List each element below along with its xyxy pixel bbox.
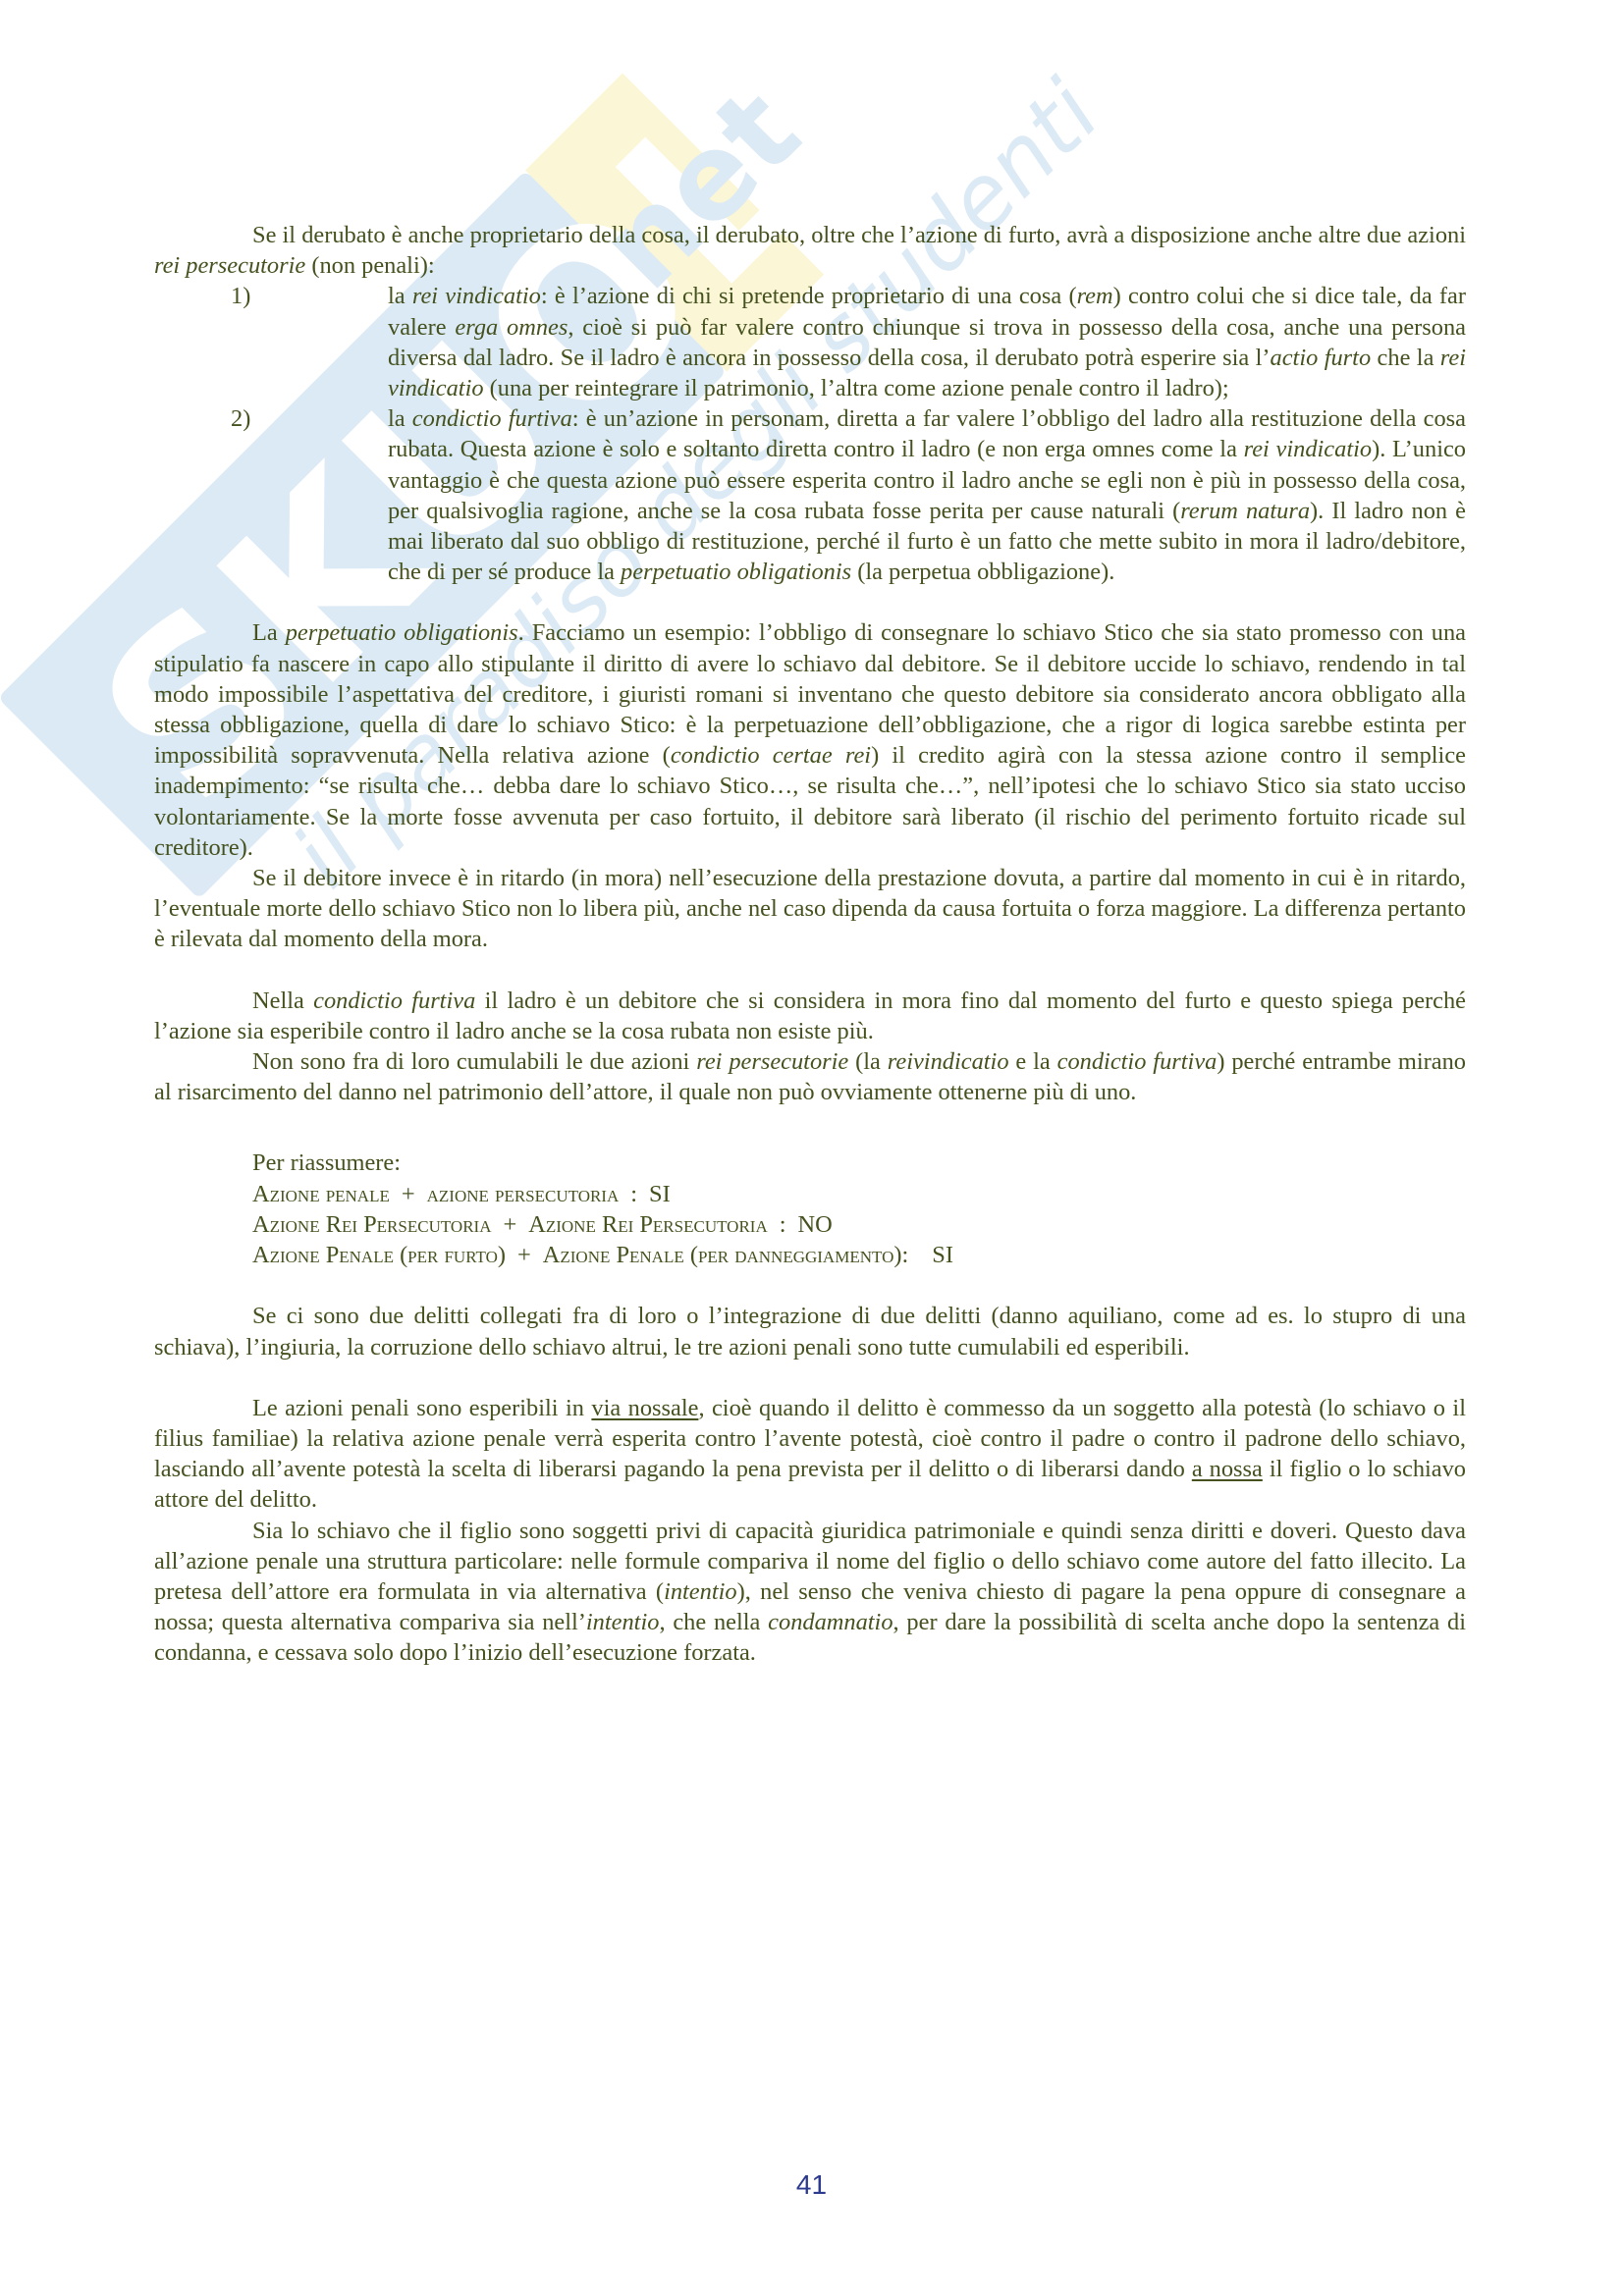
text: , che nella	[659, 1609, 768, 1635]
summary-right: azione persecutoria	[427, 1181, 620, 1207]
summary-right: Azione Rei Persecutoria	[528, 1211, 767, 1238]
italic-term: condictio certae rei	[671, 742, 871, 769]
italic-term: condictio furtiva	[1057, 1048, 1217, 1075]
spacer	[154, 1107, 1466, 1138]
text: Non sono fra di loro cumulabili le due a…	[252, 1048, 696, 1075]
paragraph-perpetuatio: La perpetuatio obligationis. Facciamo un…	[154, 617, 1466, 863]
summary-result: SI	[649, 1181, 671, 1207]
text: Se il derubato è anche proprietario dell…	[252, 222, 1466, 248]
summary-operator: +	[503, 1211, 516, 1238]
summary-result: SI	[932, 1242, 953, 1268]
italic-term: rei vindicatio	[412, 283, 541, 309]
spacer	[154, 955, 1466, 986]
summary-left: Azione Rei Persecutoria	[252, 1211, 491, 1238]
summary-row: Azione Rei Persecutoria+Azione Rei Perse…	[252, 1209, 1466, 1240]
italic-term: condamnatio	[768, 1609, 893, 1635]
italic-term: reivindicatio	[888, 1048, 1009, 1075]
list-item-rei-vindicatio: 1) la rei vindicatio: è l’azione di chi …	[154, 281, 1466, 403]
spacer	[154, 1362, 1466, 1393]
italic-term: rei persecutorie	[154, 252, 305, 279]
summary-operator: +	[517, 1242, 531, 1268]
italic-term: intentio	[586, 1609, 660, 1635]
text: la	[388, 405, 412, 432]
text: Le azioni penali sono esperibili in	[252, 1395, 591, 1421]
list-body: la rei vindicatio: è l’azione di chi si …	[388, 281, 1466, 403]
text: : è l’azione di chi si pretende propriet…	[541, 283, 1077, 309]
italic-term: actio furto	[1271, 345, 1372, 371]
italic-term: rei vindicatio	[1244, 436, 1372, 462]
list-number: 1)	[154, 281, 388, 403]
spacer	[154, 1138, 1466, 1148]
document-page: Se il derubato è anche proprietario dell…	[154, 220, 1466, 1669]
text: (una per reintegrare il patrimonio, l’al…	[484, 375, 1229, 401]
italic-term: rem	[1077, 283, 1113, 309]
list-number: 2)	[154, 403, 388, 587]
spacer	[154, 587, 1466, 617]
text: e la	[1009, 1048, 1057, 1075]
text: (la perpetua obbligazione).	[851, 559, 1114, 585]
text: che la	[1371, 345, 1440, 371]
paragraph-via-nossale: Le azioni penali sono esperibili in via …	[154, 1393, 1466, 1516]
paragraph-cumulabili: Non sono fra di loro cumulabili le due a…	[154, 1046, 1466, 1107]
italic-term: rei persecutorie	[696, 1048, 848, 1075]
summary-left: Azione Penale (per furto)	[252, 1242, 506, 1268]
paragraph-mora: Se il debitore invece è in ritardo (in m…	[154, 863, 1466, 955]
text: Nella	[252, 988, 313, 1014]
paragraph-delitti-collegati: Se ci sono due delitti collegati fra di …	[154, 1301, 1466, 1362]
summary-row: Azione Penale (per furto)+Azione Penale …	[252, 1240, 1466, 1270]
text: (la	[848, 1048, 888, 1075]
summary-result: NO	[798, 1211, 833, 1238]
paragraph-intro: Se il derubato è anche proprietario dell…	[154, 220, 1466, 281]
italic-term: erga omnes	[455, 314, 568, 341]
spacer	[154, 1270, 1466, 1301]
text: La	[252, 619, 286, 646]
paragraph-condictio-mora: Nella condictio furtiva il ladro è un de…	[154, 986, 1466, 1046]
underlined-term: a nossa	[1192, 1456, 1263, 1482]
summary-left: Azione penale	[252, 1181, 390, 1207]
text: la	[388, 283, 412, 309]
summary-separator: :	[901, 1242, 908, 1268]
italic-term: intentio	[664, 1578, 737, 1605]
list-item-condictio-furtiva: 2) la condictio furtiva: è un’azione in …	[154, 403, 1466, 587]
italic-term: condictio furtiva	[412, 405, 572, 432]
underlined-term: via nossale	[591, 1395, 698, 1421]
summary-operator: +	[402, 1181, 415, 1207]
italic-term: perpetuatio obligationis	[621, 559, 851, 585]
summary-right: Azione Penale (per danneggiamento)	[543, 1242, 902, 1268]
text: (non penali):	[305, 252, 434, 279]
italic-term: condictio furtiva	[313, 988, 475, 1014]
page-number: 41	[0, 2169, 1623, 2201]
italic-term: rerum natura	[1180, 498, 1310, 524]
summary-intro: Per riassumere:	[252, 1148, 1466, 1178]
summary-separator: :	[630, 1181, 637, 1207]
italic-term: perpetuatio obligationis	[286, 619, 518, 646]
summary-block: Per riassumere: Azione penale+azione per…	[154, 1148, 1466, 1270]
paragraph-intentio: Sia lo schiavo che il figlio sono sogget…	[154, 1516, 1466, 1669]
list-body: la condictio furtiva: è un’azione in per…	[388, 403, 1466, 587]
summary-row: Azione penale+azione persecutoria:SI	[252, 1179, 1466, 1209]
summary-separator: :	[780, 1211, 786, 1238]
